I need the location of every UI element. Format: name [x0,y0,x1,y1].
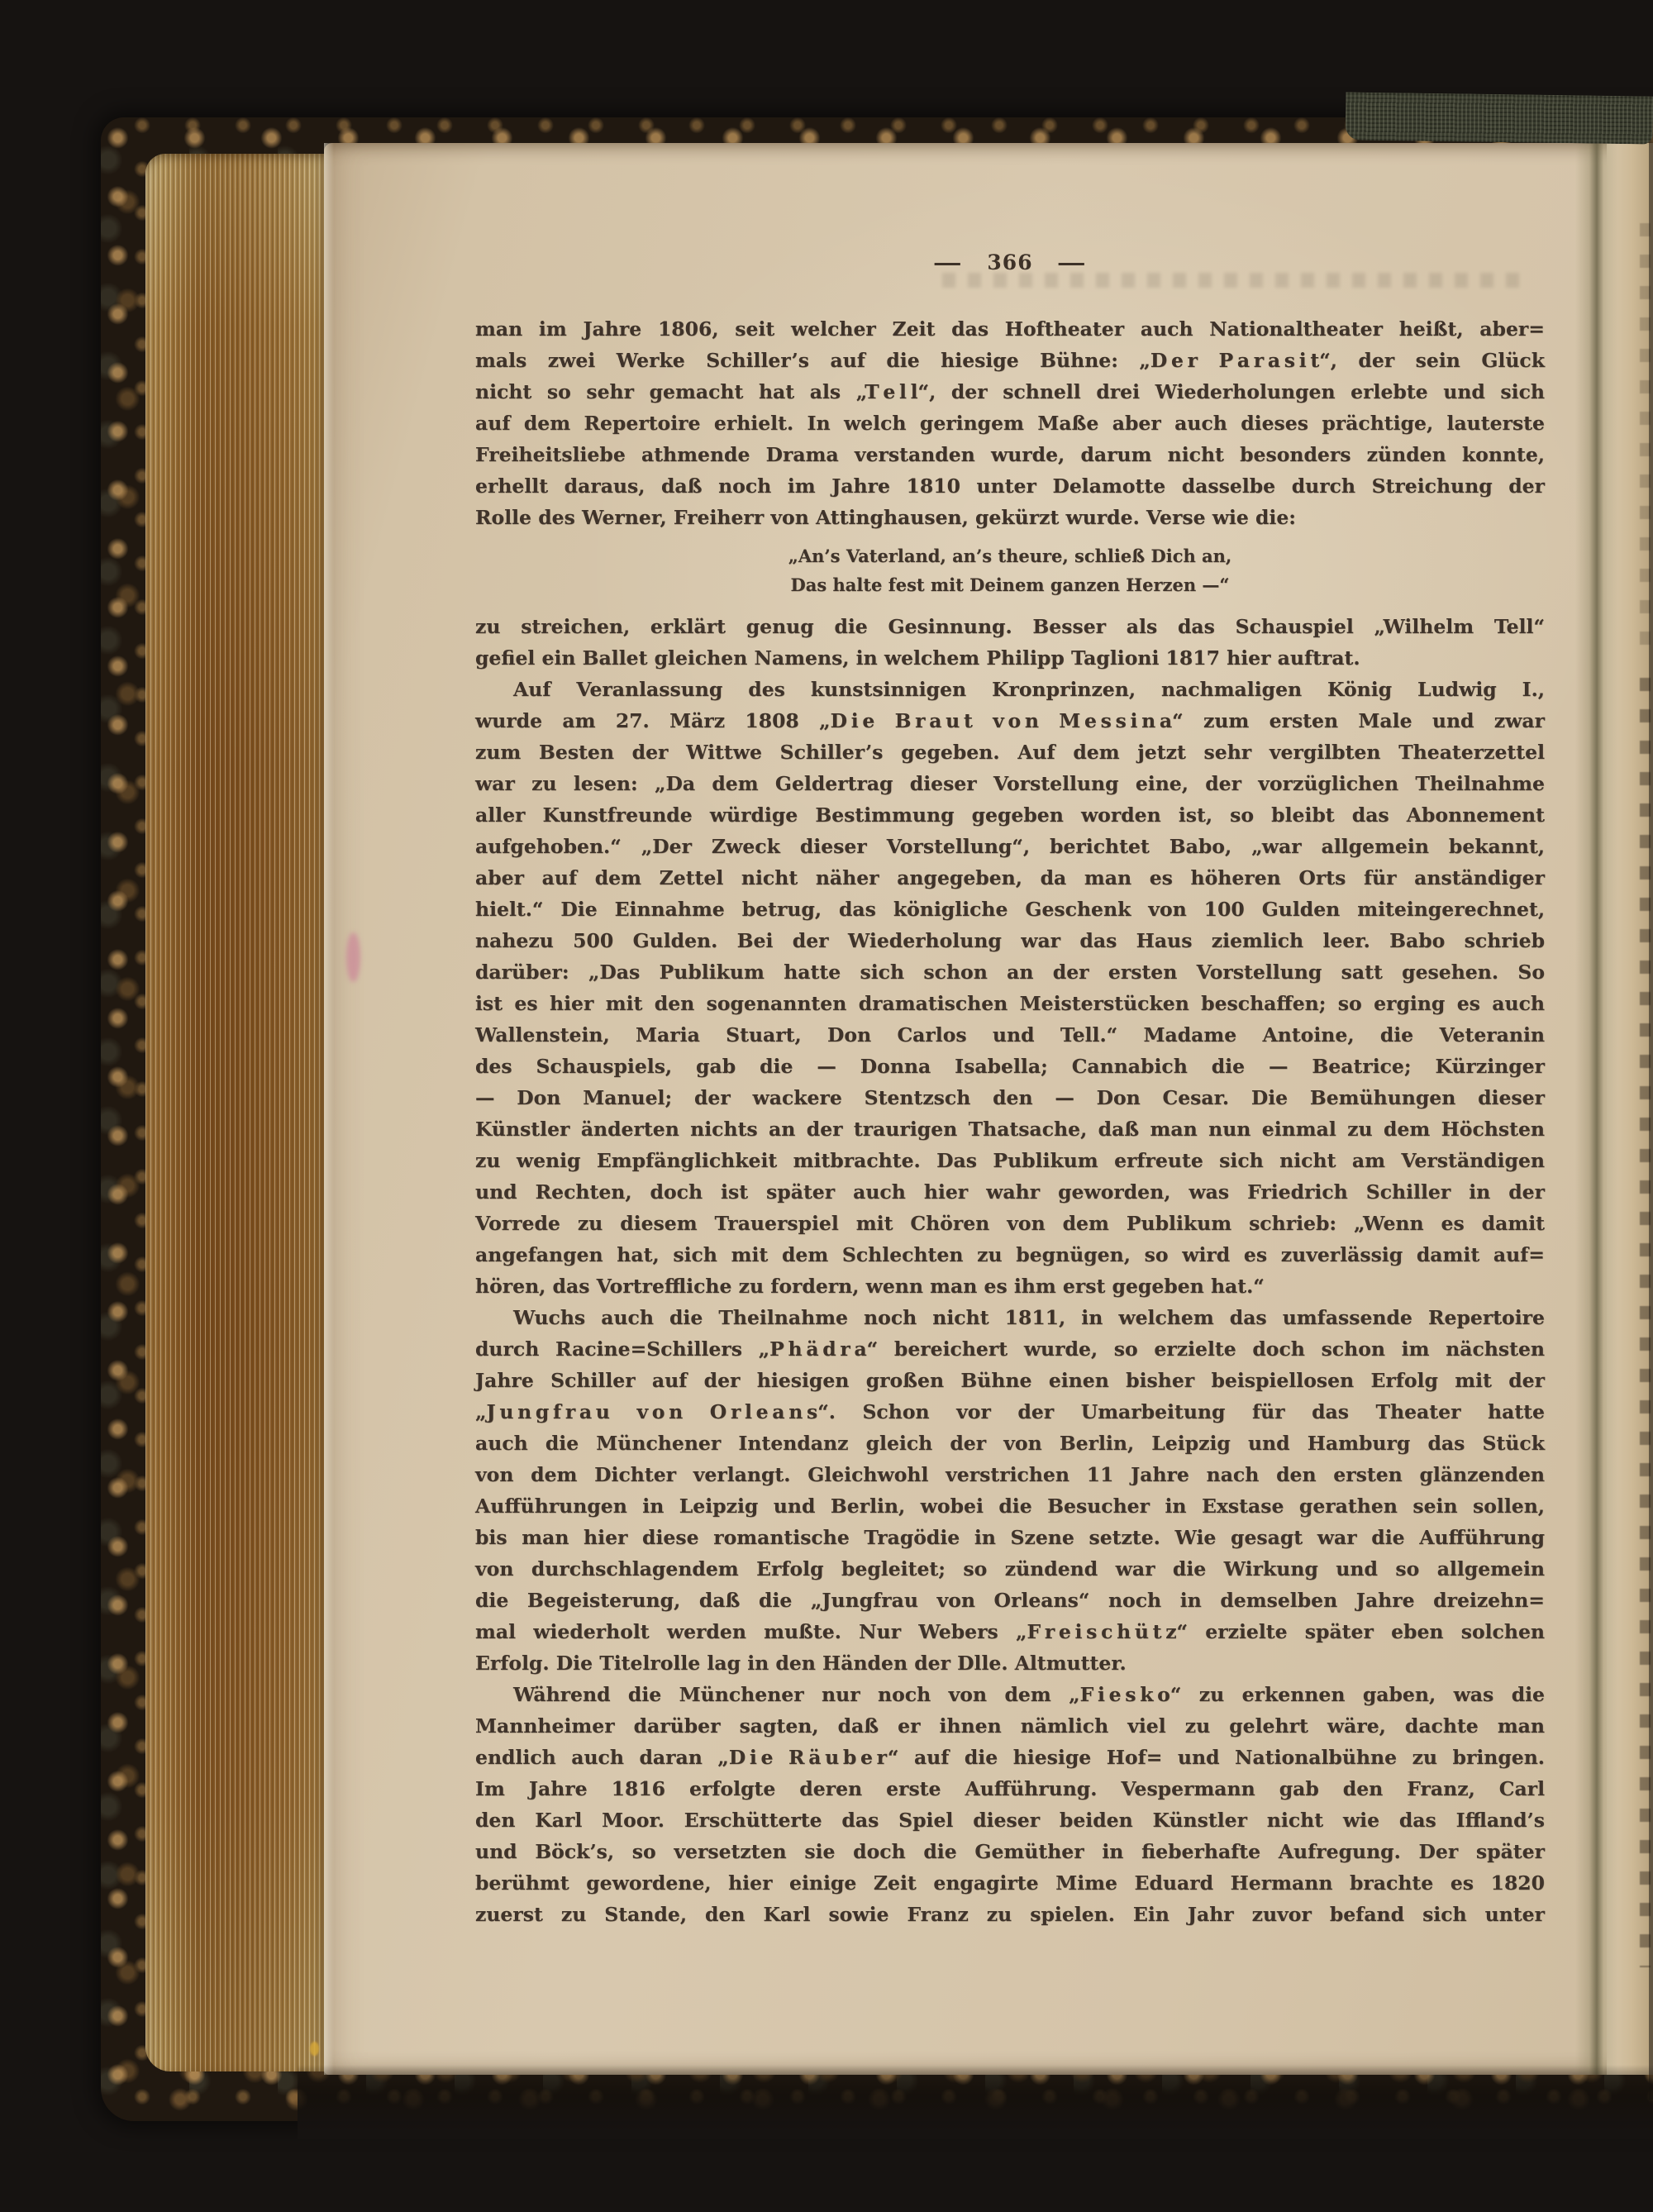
text-line: hören, das Vortreffliche zu fordern, wen… [475,1270,1545,1302]
text-line: zu wenig Empfänglichkeit mitbrachte. Das… [475,1145,1545,1176]
text-line: darüber: „Das Publikum hatte sich schon … [475,956,1545,988]
text-line: war zu lesen: „Da dem Geldertrag dieser … [475,768,1545,799]
text-line: und Böck’s, so versetzten sie doch die G… [475,1836,1545,1867]
text-line: Wallenstein, Maria Stuart, Don Carlos un… [475,1019,1545,1051]
text-line: ist es hier mit den sogenannten dramatis… [475,988,1545,1019]
text-line: von dem Dichter verlangt. Gleichwohl ver… [475,1459,1545,1490]
text-line: berühmt gewordene, hier einige Zeit enga… [475,1867,1545,1899]
quote-line: Das halte fest mit Deinem ganzen Herzen … [475,570,1545,599]
text-line: von durchschlagendem Erfolg begleitet; s… [475,1553,1545,1585]
text-line: erhellt daraus, daß noch im Jahre 1810 u… [475,470,1545,502]
text-line: durch Racine=Schillers „P h ä d r a“ ber… [475,1333,1545,1365]
text-line: — Don Manuel; der wackere Stentzsch den … [475,1082,1545,1113]
text-line: mals zwei Werke Schiller’s auf die hiesi… [475,345,1545,376]
text-line: Aufführungen in Leipzig und Berlin, wobe… [475,1490,1545,1522]
text-line: die Begeisterung, daß die „Jungfrau von … [475,1585,1545,1616]
text-line: Erfolg. Die Titelrolle lag in den Händen… [475,1647,1545,1679]
header-left-dash: — [933,250,963,274]
text-line: man im Jahre 1806, seit welcher Zeit das… [475,313,1545,345]
screenshot-root: { "page": { "number": "366", "header": {… [0,0,1653,2212]
text-line: gefiel ein Ballet gleichen Namens, in we… [475,642,1545,674]
text-line: und Rechten, doch ist später auch hier w… [475,1176,1545,1208]
text-line: aller Kunstfreunde würdige Bestimmung ge… [475,799,1545,831]
text-column: man im Jahre 1806, seit welcher Zeit das… [475,313,1545,1930]
text-line: zum Besten der Wittwe Schiller’s gegeben… [475,737,1545,768]
text-line: Rolle des Werner, Freiherr von Attinghau… [475,502,1545,533]
text-line: Im Jahre 1816 erfolgte deren erste Auffü… [475,1773,1545,1804]
text-line: Freiheitsliebe athmende Drama verstanden… [475,439,1545,470]
text-line: des Schauspiels, gab die — Donna Isabell… [475,1051,1545,1082]
text-line: auf dem Repertoire erhielt. In welch ger… [475,408,1545,439]
quote-line: „An’s Vaterland, an’s theure, schließ Di… [475,541,1545,570]
text-line: hielt.“ Die Einnahme betrug, das königli… [475,894,1545,925]
yellow-stain [310,2042,319,2056]
text-line: Auf Veranlassung des kunstsinnigen Kronp… [475,674,1545,705]
page-left-highlight [324,143,334,2075]
text-line: wurde am 27. März 1808 „D i e B r a u t … [475,705,1545,737]
text-line: Wuchs auch die Theilnahme noch nicht 181… [475,1302,1545,1333]
header-right-dash: — [1056,250,1086,274]
text-line: nahezu 500 Gulden. Bei der Wiederholung … [475,925,1545,956]
text-line: auch die Münchener Intendanz gleich der … [475,1428,1545,1459]
page-number-header: —366— [475,250,1545,279]
text-line: zuerst zu Stande, den Karl sowie Franz z… [475,1899,1545,1930]
text-line: angefangen hat, sich mit dem Schlechten … [475,1239,1545,1270]
book-bottom-shadow [298,2065,1653,2139]
text-line: Während die Münchener nur noch von dem „… [475,1679,1545,1710]
page-gap-line [1649,132,1653,2100]
text-line: Mannheimer darüber sagten, daß er ihnen … [475,1710,1545,1742]
text-line: Künstler änderten nichts an der traurige… [475,1113,1545,1145]
text-line: endlich auch daran „D i e R ä u b e r“ a… [475,1742,1545,1773]
page-fore-edges [145,154,326,2071]
text-column-lines: man im Jahre 1806, seit welcher Zeit das… [475,313,1545,1930]
text-line: mal wiederholt werden mußte. Nur Webers … [475,1616,1545,1647]
text-line: „J u n g f r a u v o n O r l e a n s“. S… [475,1396,1545,1428]
pink-ink-smudge [346,932,360,982]
page-number: 366 [987,250,1032,274]
text-line: aber auf dem Zettel nicht näher angegebe… [475,862,1545,894]
text-line: den Karl Moor. Erschütterte das Spiel di… [475,1804,1545,1836]
text-line: nicht so sehr gemacht hat als „T e l l“,… [475,376,1545,408]
text-line: zu streichen, erklärt genug die Gesinnun… [475,611,1545,642]
text-line: Jahre Schiller auf der hiesigen großen B… [475,1365,1545,1396]
text-line: Vorrede zu diesem Trauerspiel mit Chören… [475,1208,1545,1239]
spine-cloth [1346,92,1653,144]
text-line: aufgehoben.“ „Der Zweck dieser Vorstellu… [475,831,1545,862]
page-fold-crease [1575,143,1618,2075]
text-line: bis man hier diese romantische Tragödie … [475,1522,1545,1553]
